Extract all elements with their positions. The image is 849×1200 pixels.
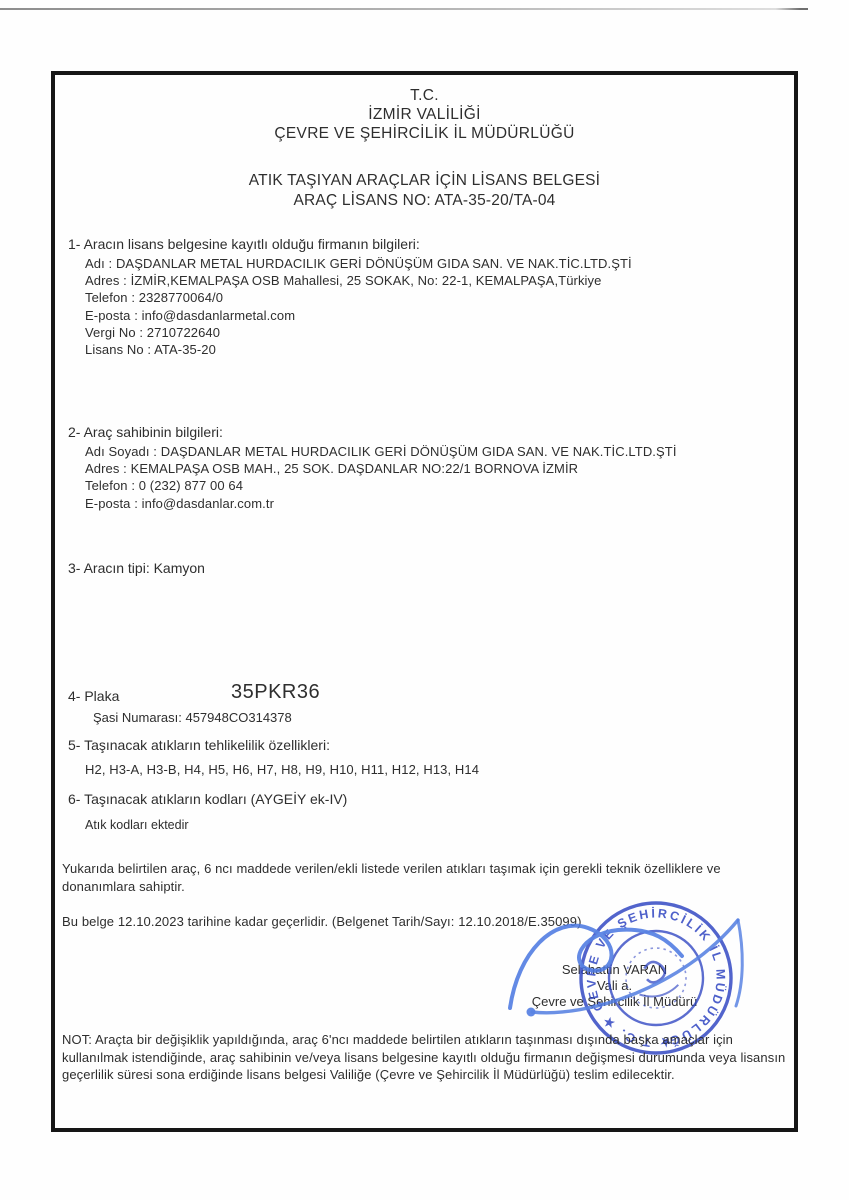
firm-phone: Telefon : 2328770064/0: [85, 289, 632, 306]
firm-address: Adres : İZMİR,KEMALPAŞA OSB Mahallesi, 2…: [85, 272, 632, 289]
letterhead-ministry: ÇEVRE VE ŞEHİRCİLİK İL MÜDÜRLÜĞÜ: [0, 125, 849, 143]
owner-section-details: Adı Soyadı : DAŞDANLAR METAL HURDACILIK …: [85, 443, 677, 512]
compliance-statement: Yukarıda belirtilen araç, 6 ncı maddede …: [62, 860, 794, 895]
signatory-name: Selahattin VARAN: [462, 962, 767, 978]
owner-section-heading: 2- Araç sahibinin bilgileri:: [68, 424, 223, 440]
firm-name: Adı : DAŞDANLAR METAL HURDACILIK GERİ DÖ…: [85, 255, 632, 272]
hazard-codes: H2, H3-A, H3-B, H4, H5, H6, H7, H8, H9, …: [85, 761, 479, 778]
owner-name: Adı Soyadı : DAŞDANLAR METAL HURDACILIK …: [85, 443, 677, 460]
firm-section-heading: 1- Aracın lisans belgesine kayıtlı olduğ…: [68, 236, 420, 252]
document-title: ATIK TAŞIYAN ARAÇLAR İÇİN LİSANS BELGESİ: [0, 172, 849, 190]
vehicle-type-line: 3- Aracın tipi: Kamyon: [68, 560, 205, 576]
validity-line: Bu belge 12.10.2023 tarihine kadar geçer…: [62, 913, 794, 931]
owner-phone: Telefon : 0 (232) 877 00 64: [85, 477, 677, 494]
scanned-document-page: T.C. İZMİR VALİLİĞİ ÇEVRE VE ŞEHİRCİLİK …: [0, 0, 849, 1200]
letterhead-state: T.C.: [0, 87, 849, 105]
signatory-title: Vali a.: [462, 978, 767, 994]
hazard-section-heading: 5- Taşınacak atıkların tehlikelilik özel…: [68, 737, 330, 753]
license-number: ARAÇ LİSANS NO: ATA-35-20/TA-04: [0, 192, 849, 210]
chassis-number: Şasi Numarası: 457948CO314378: [93, 710, 292, 725]
signatory-office: Çevre ve Şehircilik İl Müdürü: [462, 994, 767, 1010]
firm-email: E-posta : info@dasdanlarmetal.com: [85, 307, 632, 324]
waste-codes-note: Atık kodları ektedir: [85, 818, 189, 832]
owner-address: Adres : KEMALPAŞA OSB MAH., 25 SOK. DAŞD…: [85, 460, 677, 477]
firm-section-details: Adı : DAŞDANLAR METAL HURDACILIK GERİ DÖ…: [85, 255, 632, 358]
scan-artifact-line: [0, 8, 808, 10]
waste-codes-heading: 6- Taşınacak atıkların kodları (AYGEİY e…: [68, 791, 347, 807]
plate-value: 35PKR36: [231, 681, 320, 704]
signature-block: Selahattin VARAN Vali a. Çevre ve Şehirc…: [462, 962, 767, 1010]
firm-license-no: Lisans No : ATA-35-20: [85, 341, 632, 358]
letterhead-governor: İZMİR VALİLİĞİ: [0, 106, 849, 124]
footnote: NOT: Araçta bir değişiklik yapıldığında,…: [62, 1031, 796, 1084]
plate-label: 4- Plaka: [68, 688, 119, 704]
firm-tax-no: Vergi No : 2710722640: [85, 324, 632, 341]
owner-email: E-posta : info@dasdanlar.com.tr: [85, 495, 677, 512]
